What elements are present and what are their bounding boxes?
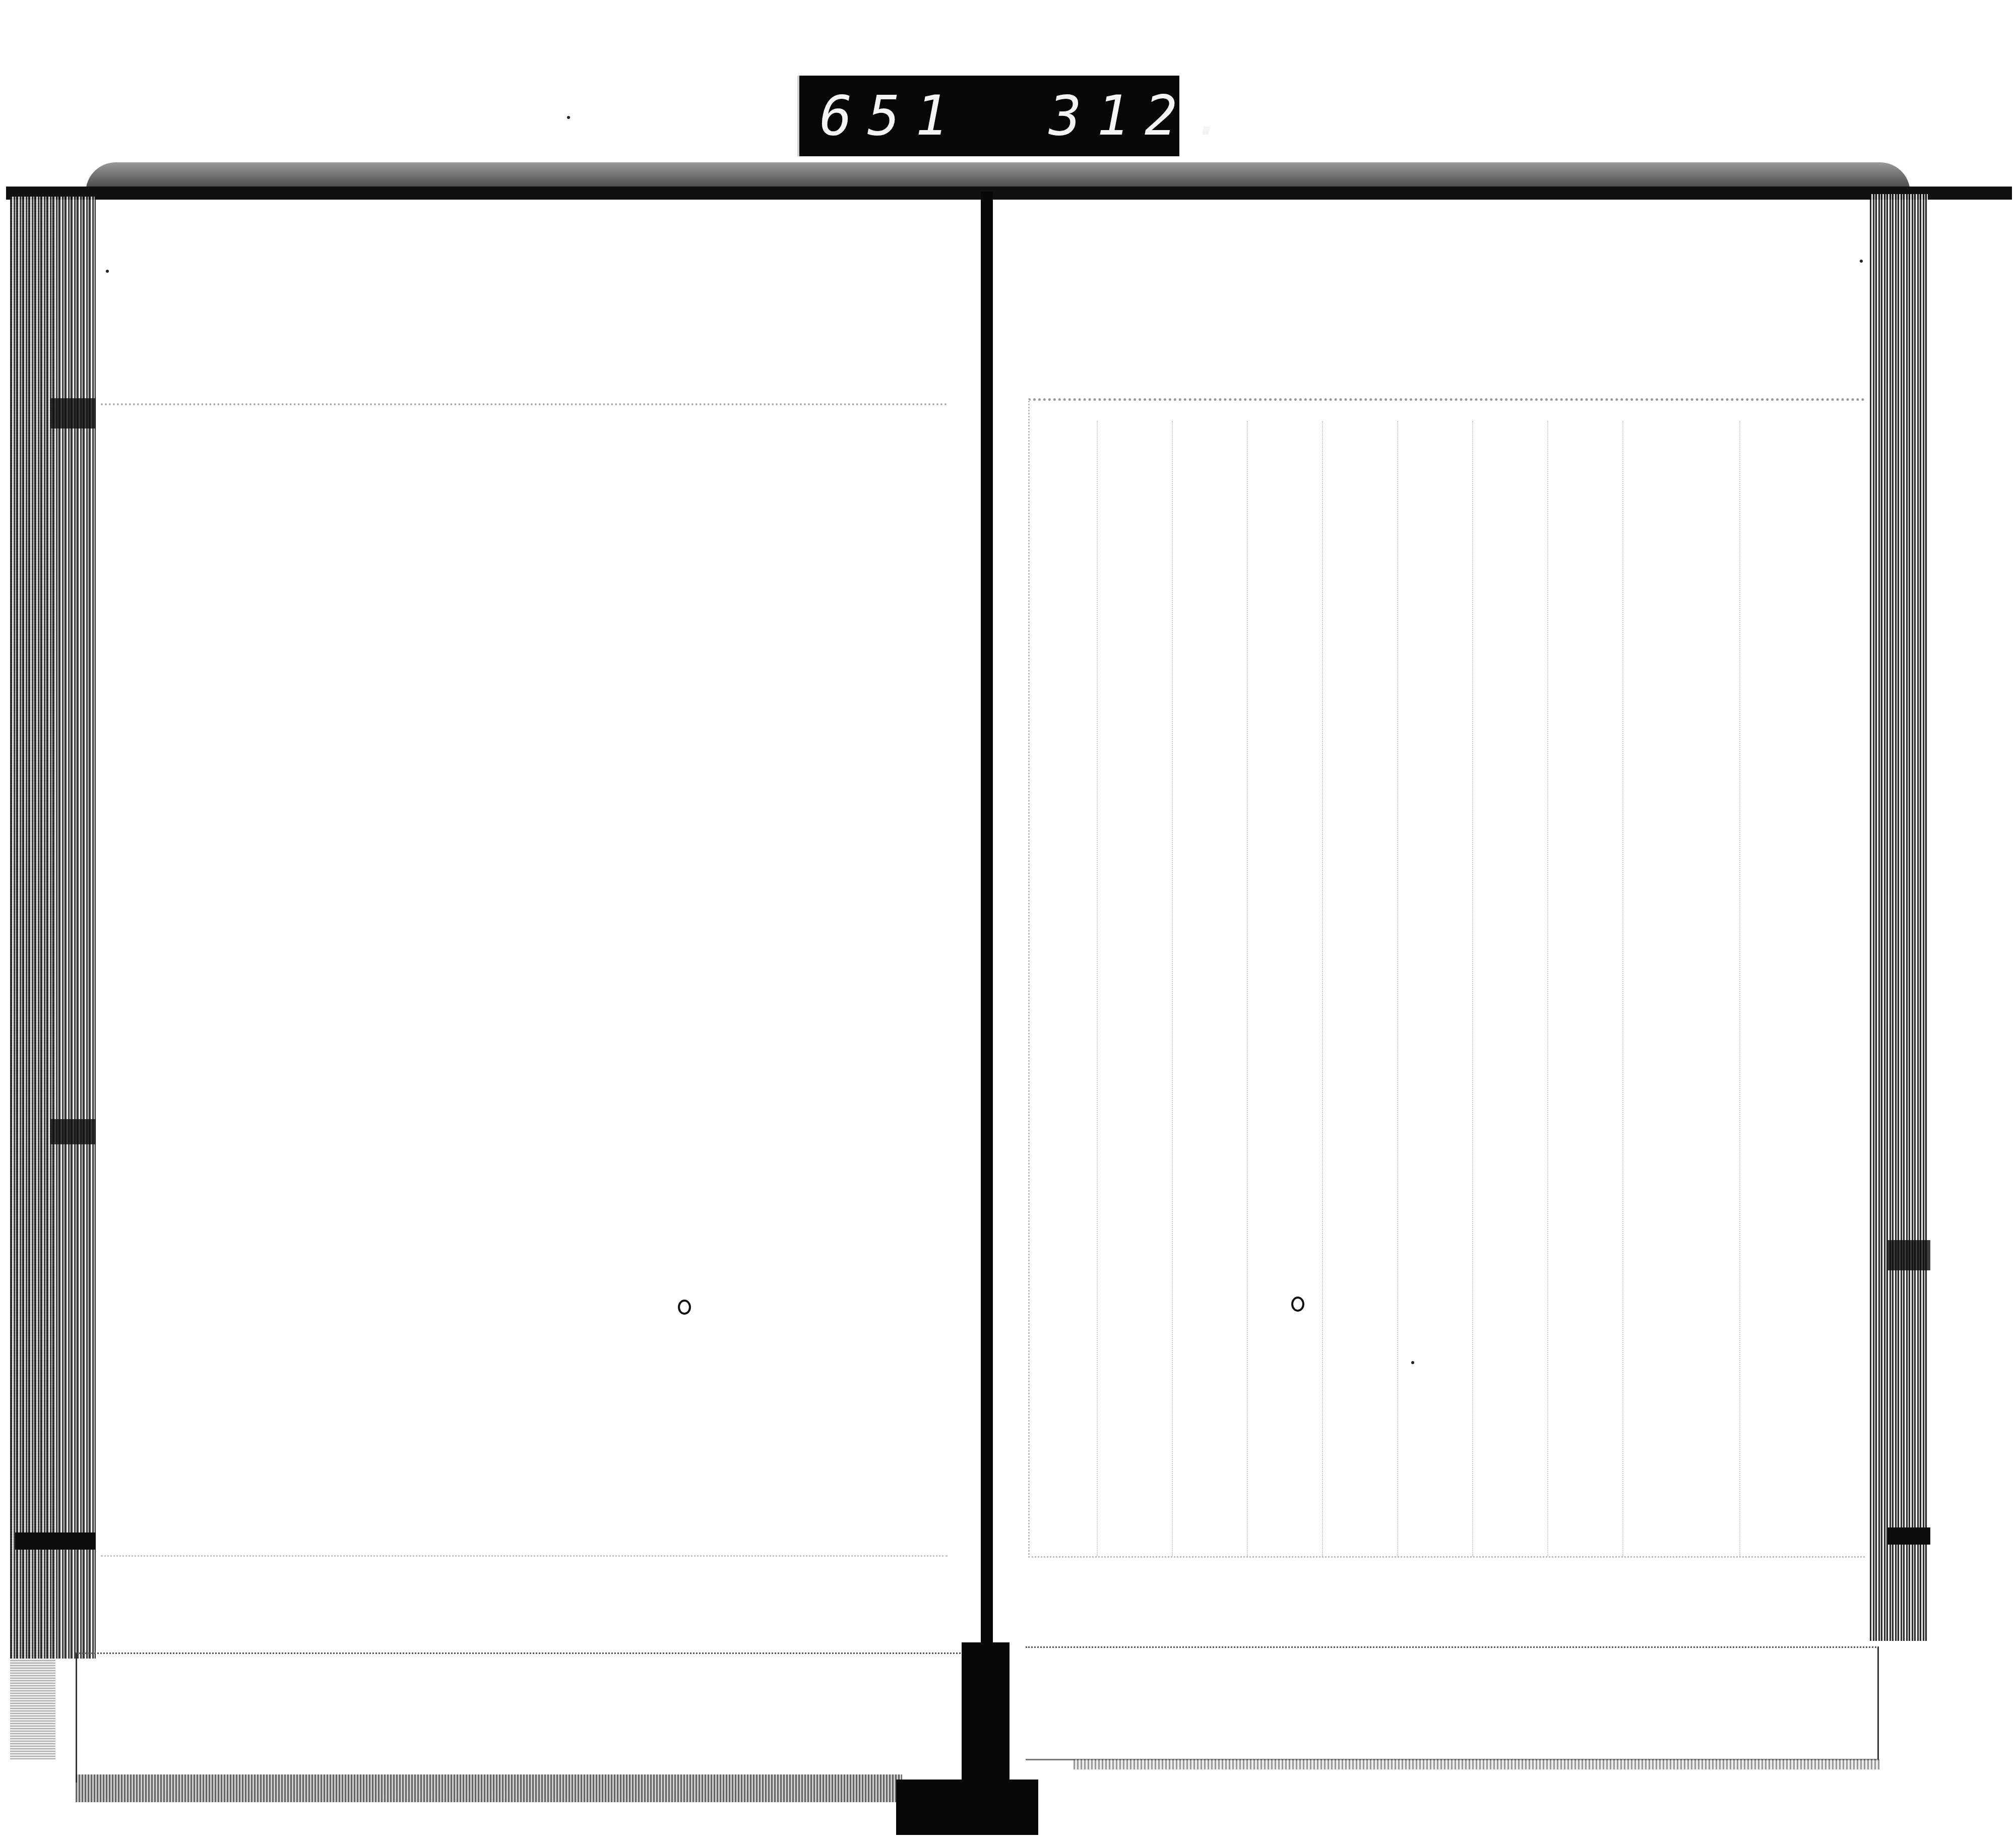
right-page-edges	[1870, 194, 1928, 1641]
left-page-top-rule	[101, 403, 948, 405]
speck-mark	[1411, 1361, 1414, 1364]
reel-number: 651	[820, 85, 963, 148]
frame-number: 312.	[1049, 85, 1240, 148]
right-bottom-shadow	[1074, 1759, 1880, 1769]
hole-mark-icon	[1291, 1297, 1304, 1312]
grid-column-line	[1097, 421, 1098, 1556]
left-bottom-shadow	[76, 1774, 902, 1802]
grid-column-line	[1322, 421, 1323, 1556]
grid-column-line	[1472, 421, 1473, 1556]
grid-column-line	[1739, 421, 1740, 1556]
speck-mark	[1860, 260, 1863, 263]
hole-mark-icon	[678, 1300, 691, 1315]
left-edge-band	[15, 1532, 96, 1550]
speck-mark	[106, 270, 109, 273]
spine-foot	[962, 1642, 1010, 1781]
microfilm-frame: 651 312.	[0, 0, 2016, 1840]
grid-column-line	[1397, 421, 1398, 1556]
book-top-edge	[6, 187, 2012, 200]
right-page-lower-edge	[1026, 1646, 1879, 1760]
left-edge-band	[50, 1119, 96, 1144]
spine-base	[896, 1780, 1038, 1835]
grid-column-line	[1622, 421, 1623, 1556]
book-spine	[981, 192, 993, 1653]
right-edge-band	[1887, 1240, 1930, 1270]
right-page-ruled-grid	[1028, 398, 1865, 1558]
left-page-bottom-rule	[101, 1555, 948, 1557]
speck-mark	[567, 116, 570, 119]
grid-column-line	[1247, 421, 1248, 1556]
right-edge-band	[1887, 1527, 1930, 1545]
frame-label: 651 312.	[797, 76, 1179, 156]
left-edge-band	[50, 398, 96, 428]
grid-column-line	[1172, 421, 1173, 1556]
left-page-lower-edge	[76, 1652, 967, 1783]
grid-column-line	[1547, 421, 1548, 1556]
left-page	[96, 200, 980, 1651]
